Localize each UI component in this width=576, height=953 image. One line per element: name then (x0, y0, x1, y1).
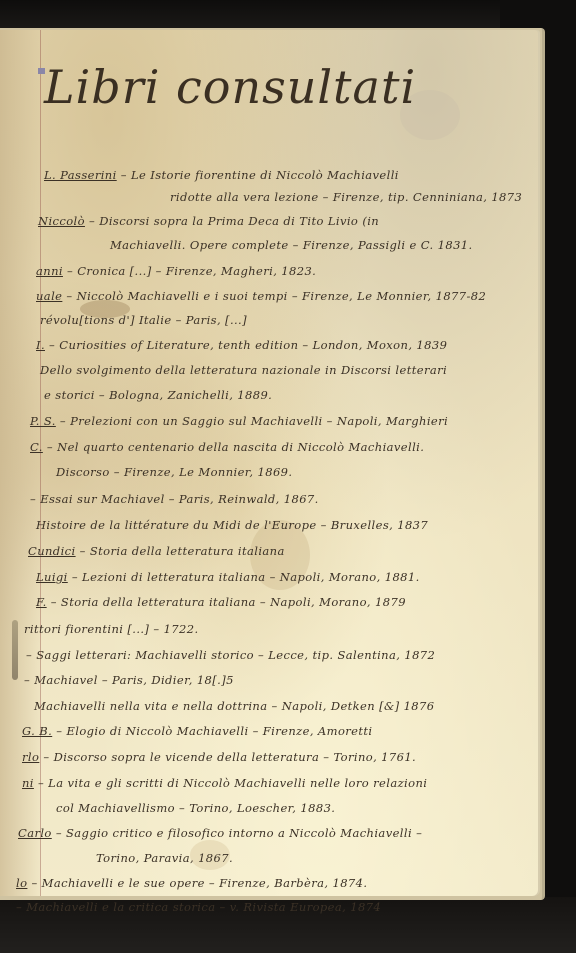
bibliography-entry: – Essai sur Machiavel – Paris, Reinwald,… (30, 492, 319, 506)
entry-text: ridotte alla vera lezione – Firenze, tip… (170, 190, 522, 204)
entry-text: – Discorsi sopra la Prima Deca di Tito L… (85, 214, 379, 228)
entry-text: – Essai sur Machiavel – Paris, Reinwald,… (30, 492, 319, 506)
entry-text: – Le Istorie fiorentine di Niccolò Machi… (117, 168, 399, 182)
entry-text: Torino, Paravia, 1867. (96, 851, 233, 865)
entry-author: C. (30, 440, 43, 454)
bibliography-entry: P. S. – Prelezioni con un Saggio sul Mac… (30, 414, 448, 428)
entry-text: Machiavelli nella vita e nella dottrina … (34, 699, 434, 713)
bibliography-entry: rittori fiorentini [...] – 1722. (24, 622, 199, 636)
bibliography-entry: L. Passerini – Le Istorie fiorentine di … (44, 168, 399, 182)
entry-author: uale (36, 289, 62, 303)
bibliography-entry: – Machiavelli e la critica storica – v. … (16, 900, 381, 914)
entry-text: Discorso – Firenze, Le Monnier, 1869. (56, 465, 292, 479)
entry-text: – Storia della letteratura italiana – Na… (47, 595, 406, 609)
bibliography-entry: e storici – Bologna, Zanichelli, 1889. (44, 388, 272, 402)
bibliography-entry: Discorso – Firenze, Le Monnier, 1869. (56, 465, 292, 479)
entry-author: F. (36, 595, 47, 609)
bibliography-entry: Machiavelli. Opere complete – Firenze, P… (110, 238, 473, 252)
bibliography-entry: lo – Machiavelli e le sue opere – Firenz… (16, 876, 367, 890)
entry-author: Luigi (36, 570, 68, 584)
entry-text: – Saggio critico e filosofico intorno a … (52, 826, 422, 840)
entry-text: Histoire de la littérature du Midi de l'… (36, 518, 428, 532)
entry-text: révolu[tions d'] Italie – Paris, [...] (40, 313, 247, 327)
entry-author: lo (16, 876, 27, 890)
entry-text: – Storia della letteratura italiana (76, 544, 285, 558)
entry-text: – Machiavelli e le sue opere – Firenze, … (27, 876, 367, 890)
bibliography-entry: ridotte alla vera lezione – Firenze, tip… (170, 190, 522, 204)
entry-author: I. (36, 338, 45, 352)
bibliography-entry: C. – Nel quarto centenario della nascita… (30, 440, 424, 454)
entry-text: e storici – Bologna, Zanichelli, 1889. (44, 388, 272, 402)
bibliography-entry: Carlo – Saggio critico e filosofico into… (18, 826, 422, 840)
entry-text: – Cronica [...] – Firenze, Magheri, 1823… (63, 264, 316, 278)
entry-text: – Nel quarto centenario della nascita di… (43, 440, 424, 454)
bibliography-entry: ni – La vita e gli scritti di Niccolò Ma… (22, 776, 427, 790)
entry-author: Cundici (28, 544, 76, 558)
bibliography-list: L. Passerini – Le Istorie fiorentine di … (0, 0, 538, 900)
entry-text: – Niccolò Machiavelli e i suoi tempi – F… (62, 289, 486, 303)
entry-author: Niccolò (38, 214, 85, 228)
entry-author: G. B. (22, 724, 52, 738)
entry-text: – Saggi letterari: Machiavelli storico –… (26, 648, 435, 662)
bibliography-entry: révolu[tions d'] Italie – Paris, [...] (40, 313, 247, 327)
bibliography-entry: G. B. – Elogio di Niccolò Machiavelli – … (22, 724, 373, 738)
entry-text: rittori fiorentini [...] – 1722. (24, 622, 199, 636)
entry-text: Dello svolgimento della letteratura nazi… (40, 363, 447, 377)
entry-text: – Elogio di Niccolò Machiavelli – Firenz… (52, 724, 372, 738)
entry-author: anni (36, 264, 63, 278)
entry-text: – Discorso sopra le vicende della letter… (39, 750, 416, 764)
entry-author: L. Passerini (44, 168, 117, 182)
bibliography-entry: Torino, Paravia, 1867. (96, 851, 233, 865)
bibliography-entry: Niccolò – Discorsi sopra la Prima Deca d… (38, 214, 379, 228)
entry-text: – Prelezioni con un Saggio sul Machiavel… (56, 414, 448, 428)
entry-text: – Curiosities of Literature, tenth editi… (45, 338, 447, 352)
bibliography-entry: Histoire de la littérature du Midi de l'… (36, 518, 428, 532)
entry-text: col Machiavellismo – Torino, Loescher, 1… (56, 801, 335, 815)
bibliography-entry: col Machiavellismo – Torino, Loescher, 1… (56, 801, 335, 815)
entry-text: – Lezioni di letteratura italiana – Napo… (68, 570, 420, 584)
entry-text: – Machiavel – Paris, Didier, 18[.]5 (24, 673, 234, 687)
bibliography-entry: F. – Storia della letteratura italiana –… (36, 595, 406, 609)
entry-author: Carlo (18, 826, 52, 840)
bibliography-entry: I. – Curiosities of Literature, tenth ed… (36, 338, 447, 352)
bibliography-entry: – Machiavel – Paris, Didier, 18[.]5 (24, 673, 234, 687)
bibliography-entry: Luigi – Lezioni di letteratura italiana … (36, 570, 420, 584)
entry-author: P. S. (30, 414, 56, 428)
bibliography-entry: Cundici – Storia della letteratura itali… (28, 544, 285, 558)
bibliography-entry: anni – Cronica [...] – Firenze, Magheri,… (36, 264, 316, 278)
bibliography-entry: uale – Niccolò Machiavelli e i suoi temp… (36, 289, 486, 303)
bibliography-entry: Machiavelli nella vita e nella dottrina … (34, 699, 434, 713)
entry-text: Machiavelli. Opere complete – Firenze, P… (110, 238, 473, 252)
entry-author: rlo (22, 750, 39, 764)
bibliography-entry: rlo – Discorso sopra le vicende della le… (22, 750, 416, 764)
bibliography-entry: Dello svolgimento della letteratura nazi… (40, 363, 447, 377)
bibliography-entry: – Saggi letterari: Machiavelli storico –… (26, 648, 435, 662)
entry-text: – La vita e gli scritti di Niccolò Machi… (34, 776, 427, 790)
entry-text: – Machiavelli e la critica storica – v. … (16, 900, 381, 914)
entry-author: ni (22, 776, 34, 790)
